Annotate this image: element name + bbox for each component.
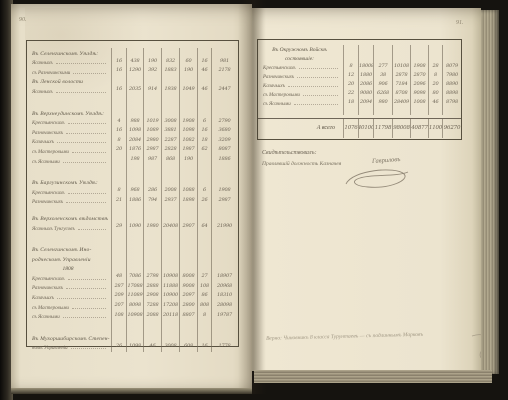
value-cell: [197, 156, 211, 166]
value-cell: [358, 108, 373, 115]
row-label: съ Ясачными: [27, 156, 111, 166]
value-cell: [179, 206, 197, 213]
value-cell: [211, 108, 237, 118]
row-label-text: Въ Селенгинскомъ Ино-: [32, 247, 92, 253]
value-cell: 46: [428, 99, 442, 108]
row-label-text: Въ Ленской волости: [32, 79, 83, 85]
value-cell: 18907: [211, 273, 237, 283]
value-cell: 1088: [179, 187, 197, 197]
page-edge-bottom-left: [11, 388, 252, 394]
value-cell: 1089: [143, 127, 161, 137]
value-cell: [161, 96, 179, 108]
spacer-row: [27, 233, 238, 245]
value-cell: [143, 77, 161, 87]
value-cell: 7980: [442, 72, 461, 81]
value-cell: 17208: [161, 302, 179, 312]
value-cell: [111, 264, 126, 274]
value-cell: [211, 96, 237, 108]
value-cell: 108: [111, 312, 126, 322]
dotted-leader: [299, 68, 338, 69]
value-cell: [211, 321, 237, 333]
value-cell: 86: [197, 292, 211, 302]
row-label: Ясачныхъ: [27, 86, 111, 96]
value-cell: [126, 254, 143, 264]
value-cell: [126, 48, 143, 58]
row-label-text: Ясачныхъ Тунгусовъ: [32, 227, 75, 232]
dotted-leader: [68, 123, 106, 124]
table-row: Казачьихъ2091108929081090020978618310: [27, 292, 238, 302]
value-cell: 16: [111, 67, 126, 77]
value-cell: 38: [373, 72, 392, 81]
value-cell: [161, 333, 179, 343]
dotted-leader: [288, 86, 338, 87]
row-label: [27, 321, 111, 333]
value-cell: [143, 96, 161, 108]
value-cell: 190: [179, 156, 197, 166]
value-cell: 1876: [126, 146, 143, 156]
value-cell: [179, 213, 197, 223]
value-cell: [197, 264, 211, 274]
row-label-text: Разночинскихъ: [32, 131, 63, 136]
dotted-leader: [56, 63, 106, 64]
value-cell: 2908: [143, 292, 161, 302]
value-cell: 988: [126, 118, 143, 128]
value-cell: 808: [197, 302, 211, 312]
value-cell: 26: [197, 197, 211, 207]
value-cell: [442, 45, 461, 54]
row-label-text: съ Ясачными: [263, 102, 291, 107]
value-cell: [179, 77, 197, 87]
row-label-text: родческомъ Управленіи: [32, 257, 91, 263]
table-row: съ Ясачными182094980284091008468798: [258, 99, 461, 108]
value-cell: 2878: [392, 72, 410, 81]
value-cell: 6: [197, 187, 211, 197]
value-cell: [126, 333, 143, 343]
row-label: [27, 206, 111, 213]
value-cell: [179, 264, 197, 274]
table-row: съ Разночинскими1612903921883190462178: [27, 67, 238, 77]
row-label-text: съ Ясачными: [32, 160, 60, 165]
table-row: Ясачныхъ16203591419381049462447: [27, 86, 238, 96]
table-row: съ Мастеровыми201876298728281987628087: [27, 146, 238, 156]
ledger-photo: 90. 91. Въ Селенгинскомъ Уѣздѣ:Ясачныхъ1…: [0, 0, 508, 400]
value-cell: [392, 108, 410, 115]
value-cell: 8098: [126, 302, 143, 312]
value-cell: 28409: [392, 99, 410, 108]
row-label: Крестьянскихъ: [27, 187, 111, 197]
value-cell: 21: [111, 197, 126, 207]
value-cell: [111, 48, 126, 58]
value-cell: [143, 178, 161, 188]
value-cell: 80: [428, 90, 442, 99]
value-cell: [373, 108, 392, 115]
value-cell: [343, 45, 358, 54]
value-cell: 10900: [161, 292, 179, 302]
value-cell: 18: [343, 99, 358, 108]
dotted-leader: [71, 348, 106, 349]
value-cell: [143, 264, 161, 274]
table-row: Ясачныхъ164381908326016981: [27, 58, 238, 68]
value-cell: 20408: [161, 223, 179, 233]
left-page-table: Въ Селенгинскомъ Уѣздѣ:Ясачныхъ164381908…: [26, 40, 239, 347]
row-label: Въ Верхнеудинскомъ Уѣздѣ:: [27, 108, 111, 118]
row-label-text: Ясачныхъ: [32, 90, 53, 95]
value-cell: 21990: [211, 223, 237, 233]
value-cell: 438: [126, 58, 143, 68]
row-label-text: Крестьянскихъ: [263, 66, 296, 71]
value-cell: 2084: [126, 137, 143, 147]
value-cell: [428, 54, 442, 63]
value-cell: 20: [111, 146, 126, 156]
value-cell: 198: [126, 156, 143, 166]
value-cell: 16: [197, 343, 211, 353]
value-cell: [211, 178, 237, 188]
value-cell: 1880: [358, 72, 373, 81]
value-cell: 4: [111, 118, 126, 128]
value-cell: 608: [179, 343, 197, 353]
value-cell: [161, 321, 179, 333]
value-cell: [197, 48, 211, 58]
row-label-text: Казачьихъ: [32, 296, 54, 301]
section-header-row: Въ Селенгинскомъ Ино-: [27, 245, 238, 255]
value-cell: [428, 45, 442, 54]
section-header-row: Въ Окружномъ Войскѣ: [258, 45, 461, 54]
row-label-text: Въ Окружномъ Войскѣ: [272, 47, 327, 53]
row-label: Крестьянскихъ: [27, 273, 111, 283]
value-cell: [143, 166, 161, 178]
dotted-leader: [78, 229, 106, 230]
value-cell: 1886: [126, 197, 143, 207]
value-cell: 8079: [442, 63, 461, 72]
value-cell: [126, 321, 143, 333]
row-label: Крестьянскихъ: [27, 118, 111, 128]
value-cell: 3008: [161, 118, 179, 128]
value-cell: 20: [343, 81, 358, 90]
value-cell: 1778: [211, 343, 237, 353]
row-label: Въ Окружномъ Войскѣ: [258, 45, 343, 54]
row-label-text: Ясачныхъ: [32, 61, 53, 66]
value-cell: 8898: [442, 90, 461, 99]
value-cell: [373, 54, 392, 63]
dotted-leader: [72, 152, 106, 153]
value-cell: 2798: [143, 273, 161, 283]
value-cell: 1098: [179, 127, 197, 137]
spacer-row: [27, 321, 238, 333]
table-row: Крестьянскихъ498810193008190862790: [27, 118, 238, 128]
row-label: Разночинскихъ: [27, 127, 111, 137]
value-cell: 2096: [410, 81, 428, 90]
value-cell: [197, 213, 211, 223]
value-cell: 1908: [410, 63, 428, 72]
value-cell: 46: [197, 67, 211, 77]
row-label-text: съ Мастеровыми: [32, 306, 69, 311]
value-cell: [111, 333, 126, 343]
value-cell: [126, 213, 143, 223]
row-label: Въ Баргузинскомъ Уѣздѣ:: [27, 178, 111, 188]
value-cell: 9098: [410, 90, 428, 99]
table-row: съ Ясачными108109082088201188807819787: [27, 312, 238, 322]
value-cell: 980: [373, 99, 392, 108]
value-cell: [126, 96, 143, 108]
dotted-leader: [63, 317, 106, 318]
row-label: Ясачныхъ Тунгусовъ: [27, 223, 111, 233]
row-label: Казачьихъ: [27, 292, 111, 302]
value-cell: [143, 48, 161, 58]
value-cell: [126, 245, 143, 255]
value-cell: 832: [161, 58, 179, 68]
value-cell: [143, 245, 161, 255]
table-row: Ясачныхъ Тунгусовъ2910901980204082907642…: [27, 223, 238, 233]
value-cell: [197, 108, 211, 118]
value-cell: 1008: [410, 99, 428, 108]
value-cell: 2870: [410, 72, 428, 81]
value-cell: 60: [179, 58, 197, 68]
value-cell: 2987: [211, 197, 237, 207]
value-cell: 2980: [143, 137, 161, 147]
row-label: состоявшіе:: [258, 54, 343, 63]
value-cell: [111, 213, 126, 223]
value-cell: [211, 254, 237, 264]
value-cell: 46: [143, 343, 161, 353]
value-cell: 2790: [211, 118, 237, 128]
value-cell: 906: [373, 81, 392, 90]
value-cell: 16: [111, 127, 126, 137]
value-cell: 7288: [143, 302, 161, 312]
right-page-table: Въ Окружномъ Войскѣсостоявшіе:Крестьянск…: [257, 39, 462, 140]
value-cell: 987: [143, 156, 161, 166]
value-cell: [161, 108, 179, 118]
row-label-text: съ Разночинскими: [32, 71, 70, 76]
row-label-text: номъ Управленіи: [32, 346, 68, 351]
row-label: Разночинскихъ: [27, 197, 111, 207]
value-cell: 98008: [392, 119, 410, 138]
value-cell: 11089: [126, 292, 143, 302]
row-label: Въ Мухоршибирскомъ Степен-: [27, 333, 111, 343]
table-row: Казачьихъ82084298022871082183209: [27, 137, 238, 147]
value-cell: 8: [197, 312, 211, 322]
value-cell: [126, 166, 143, 178]
value-cell: [111, 108, 126, 118]
value-cell: [343, 54, 358, 63]
value-cell: [373, 45, 392, 54]
table-row: Разночинскихъ121880382878287087980: [258, 72, 461, 81]
value-cell: 8087: [211, 146, 237, 156]
value-cell: 2447: [211, 86, 237, 96]
value-cell: 8: [111, 137, 126, 147]
row-label-text: Разночинскихъ: [263, 75, 294, 80]
value-cell: 12: [343, 72, 358, 81]
value-cell: [111, 166, 126, 178]
row-label-text: съ Мастеровыми: [263, 93, 300, 98]
value-cell: [111, 254, 126, 264]
section-header-row: Въ Селенгинскомъ Уѣздѣ:: [27, 48, 238, 58]
right-page-number: 91.: [456, 20, 464, 26]
attestation-line-1: Свидѣтельствовалъ:: [262, 150, 317, 156]
section-header-row: Въ Ленской волости: [27, 77, 238, 87]
row-label-text: А всего: [317, 125, 335, 131]
value-cell: 27: [197, 273, 211, 283]
value-cell: [111, 77, 126, 87]
value-cell: [211, 48, 237, 58]
row-label-text: Въ Мухоршибирскомъ Степен-: [32, 336, 110, 342]
section-header-row: Въ Верхнеудинскомъ Уѣздѣ:: [27, 108, 238, 118]
value-cell: 6: [197, 118, 211, 128]
value-cell: [428, 108, 442, 115]
value-cell: [143, 233, 161, 245]
row-label: Казачьихъ: [258, 81, 343, 90]
value-cell: [126, 264, 143, 274]
value-cell: [179, 108, 197, 118]
value-cell: 2888: [143, 283, 161, 293]
table-row: Крестьянскихъ48708627981090880082718907: [27, 273, 238, 283]
value-cell: [161, 245, 179, 255]
value-cell: 1908: [179, 118, 197, 128]
value-cell: [179, 254, 197, 264]
value-cell: 108: [197, 283, 211, 293]
dotted-leader: [294, 104, 338, 105]
value-cell: [179, 166, 197, 178]
value-cell: 17088: [126, 283, 143, 293]
value-cell: [126, 233, 143, 245]
value-cell: [179, 245, 197, 255]
value-cell: 22: [343, 90, 358, 99]
value-cell: [197, 206, 211, 213]
row-label: Разночинскихъ: [27, 283, 111, 293]
row-label-text: Казачьихъ: [263, 84, 285, 89]
value-cell: 190: [143, 58, 161, 68]
value-cell: 2088: [143, 312, 161, 322]
row-label-text: 1808: [63, 266, 74, 272]
value-cell: 1908: [211, 187, 237, 197]
value-cell: [111, 96, 126, 108]
dotted-leader: [57, 298, 106, 299]
value-cell: 2035: [126, 86, 143, 96]
row-label: Въ Ленской волости: [27, 77, 111, 87]
row-label-text: Крестьянскихъ: [32, 191, 65, 196]
value-cell: 2094: [358, 99, 373, 108]
value-cell: [211, 264, 237, 274]
value-cell: 20118: [161, 312, 179, 322]
value-cell: 40877: [410, 119, 428, 138]
value-cell: [143, 213, 161, 223]
value-cell: 26: [111, 343, 126, 353]
value-cell: 2800: [179, 302, 197, 312]
value-cell: 1938: [161, 86, 179, 96]
value-cell: [197, 254, 211, 264]
value-cell: 868: [161, 156, 179, 166]
value-cell: [143, 108, 161, 118]
value-cell: [111, 178, 126, 188]
value-cell: 16: [197, 58, 211, 68]
value-cell: [126, 108, 143, 118]
value-cell: 3881: [161, 127, 179, 137]
value-cell: 190: [179, 67, 197, 77]
value-cell: 1082: [179, 137, 197, 147]
section-header-row: Въ Баргузинскомъ Уѣздѣ:: [27, 178, 238, 188]
value-cell: 1090: [126, 223, 143, 233]
table-row: съ Мастеровыми229080626887089098808898: [258, 90, 461, 99]
value-cell: 207: [111, 302, 126, 312]
value-cell: 46: [197, 86, 211, 96]
section-header-row: Въ Мухоршибирскомъ Степен-: [27, 333, 238, 343]
page-edges-right: [481, 10, 499, 374]
page-edges-bottom: [254, 370, 492, 383]
row-label: [27, 96, 111, 108]
value-cell: 8008: [179, 273, 197, 283]
value-cell: 914: [143, 86, 161, 96]
value-cell: 2086: [358, 81, 373, 90]
value-cell: [179, 321, 197, 333]
value-cell: 18: [197, 137, 211, 147]
dotted-leader: [68, 193, 106, 194]
value-cell: [197, 245, 211, 255]
table-row: Разночинскихъ161098108938811098163680: [27, 127, 238, 137]
value-cell: [197, 233, 211, 245]
value-cell: 20968: [211, 283, 237, 293]
row-label-text: Въ Верхнеудинскомъ Уѣздѣ:: [32, 111, 104, 117]
value-cell: 2287: [161, 137, 179, 147]
value-cell: [143, 333, 161, 343]
value-cell: [343, 108, 358, 115]
value-cell: 48: [111, 273, 126, 283]
value-cell: [143, 254, 161, 264]
value-cell: 18310: [211, 292, 237, 302]
value-cell: 18008: [358, 63, 373, 72]
value-cell: 287: [111, 283, 126, 293]
value-cell: [410, 45, 428, 54]
spacer-row: [27, 206, 238, 213]
value-cell: 277: [373, 63, 392, 72]
value-cell: 1886: [211, 156, 237, 166]
row-label: Въ Селенгинскомъ Ино-: [27, 245, 111, 255]
value-cell: 2987: [143, 146, 161, 156]
value-cell: 2178: [211, 67, 237, 77]
value-cell: [179, 96, 197, 108]
value-cell: [410, 54, 428, 63]
value-cell: [211, 245, 237, 255]
value-cell: 2907: [179, 223, 197, 233]
spacer-row: [258, 108, 461, 115]
value-cell: 16: [111, 86, 126, 96]
value-cell: 40100: [358, 119, 373, 138]
value-cell: [197, 178, 211, 188]
row-label-text: съ Ясачными: [32, 315, 60, 320]
section-header-row: Въ Верхоленскомъ вѣдомствѣ: [27, 213, 238, 223]
value-cell: [161, 206, 179, 213]
value-cell: 16: [197, 127, 211, 137]
spacer-row: [27, 166, 238, 178]
value-cell: 20: [428, 81, 442, 90]
value-cell: 10108: [392, 63, 410, 72]
dotted-leader: [56, 92, 106, 93]
value-cell: [179, 233, 197, 245]
value-cell: [197, 321, 211, 333]
value-cell: 7184: [392, 81, 410, 90]
table-row: номъ Управленіи261098463008608161778: [27, 343, 238, 353]
row-label: съ Мастеровыми: [27, 146, 111, 156]
table-row: Разночинскихъ21188679429371898262987: [27, 197, 238, 207]
value-cell: [197, 77, 211, 87]
value-cell: 19787: [211, 312, 237, 322]
value-cell: 968: [126, 187, 143, 197]
value-cell: [211, 333, 237, 343]
spacer-row: [27, 96, 238, 108]
value-cell: 981: [211, 58, 237, 68]
value-cell: 9080: [358, 90, 373, 99]
value-cell: 16: [111, 58, 126, 68]
row-label: съ Мастеровыми: [27, 302, 111, 312]
value-cell: 1980: [143, 223, 161, 233]
